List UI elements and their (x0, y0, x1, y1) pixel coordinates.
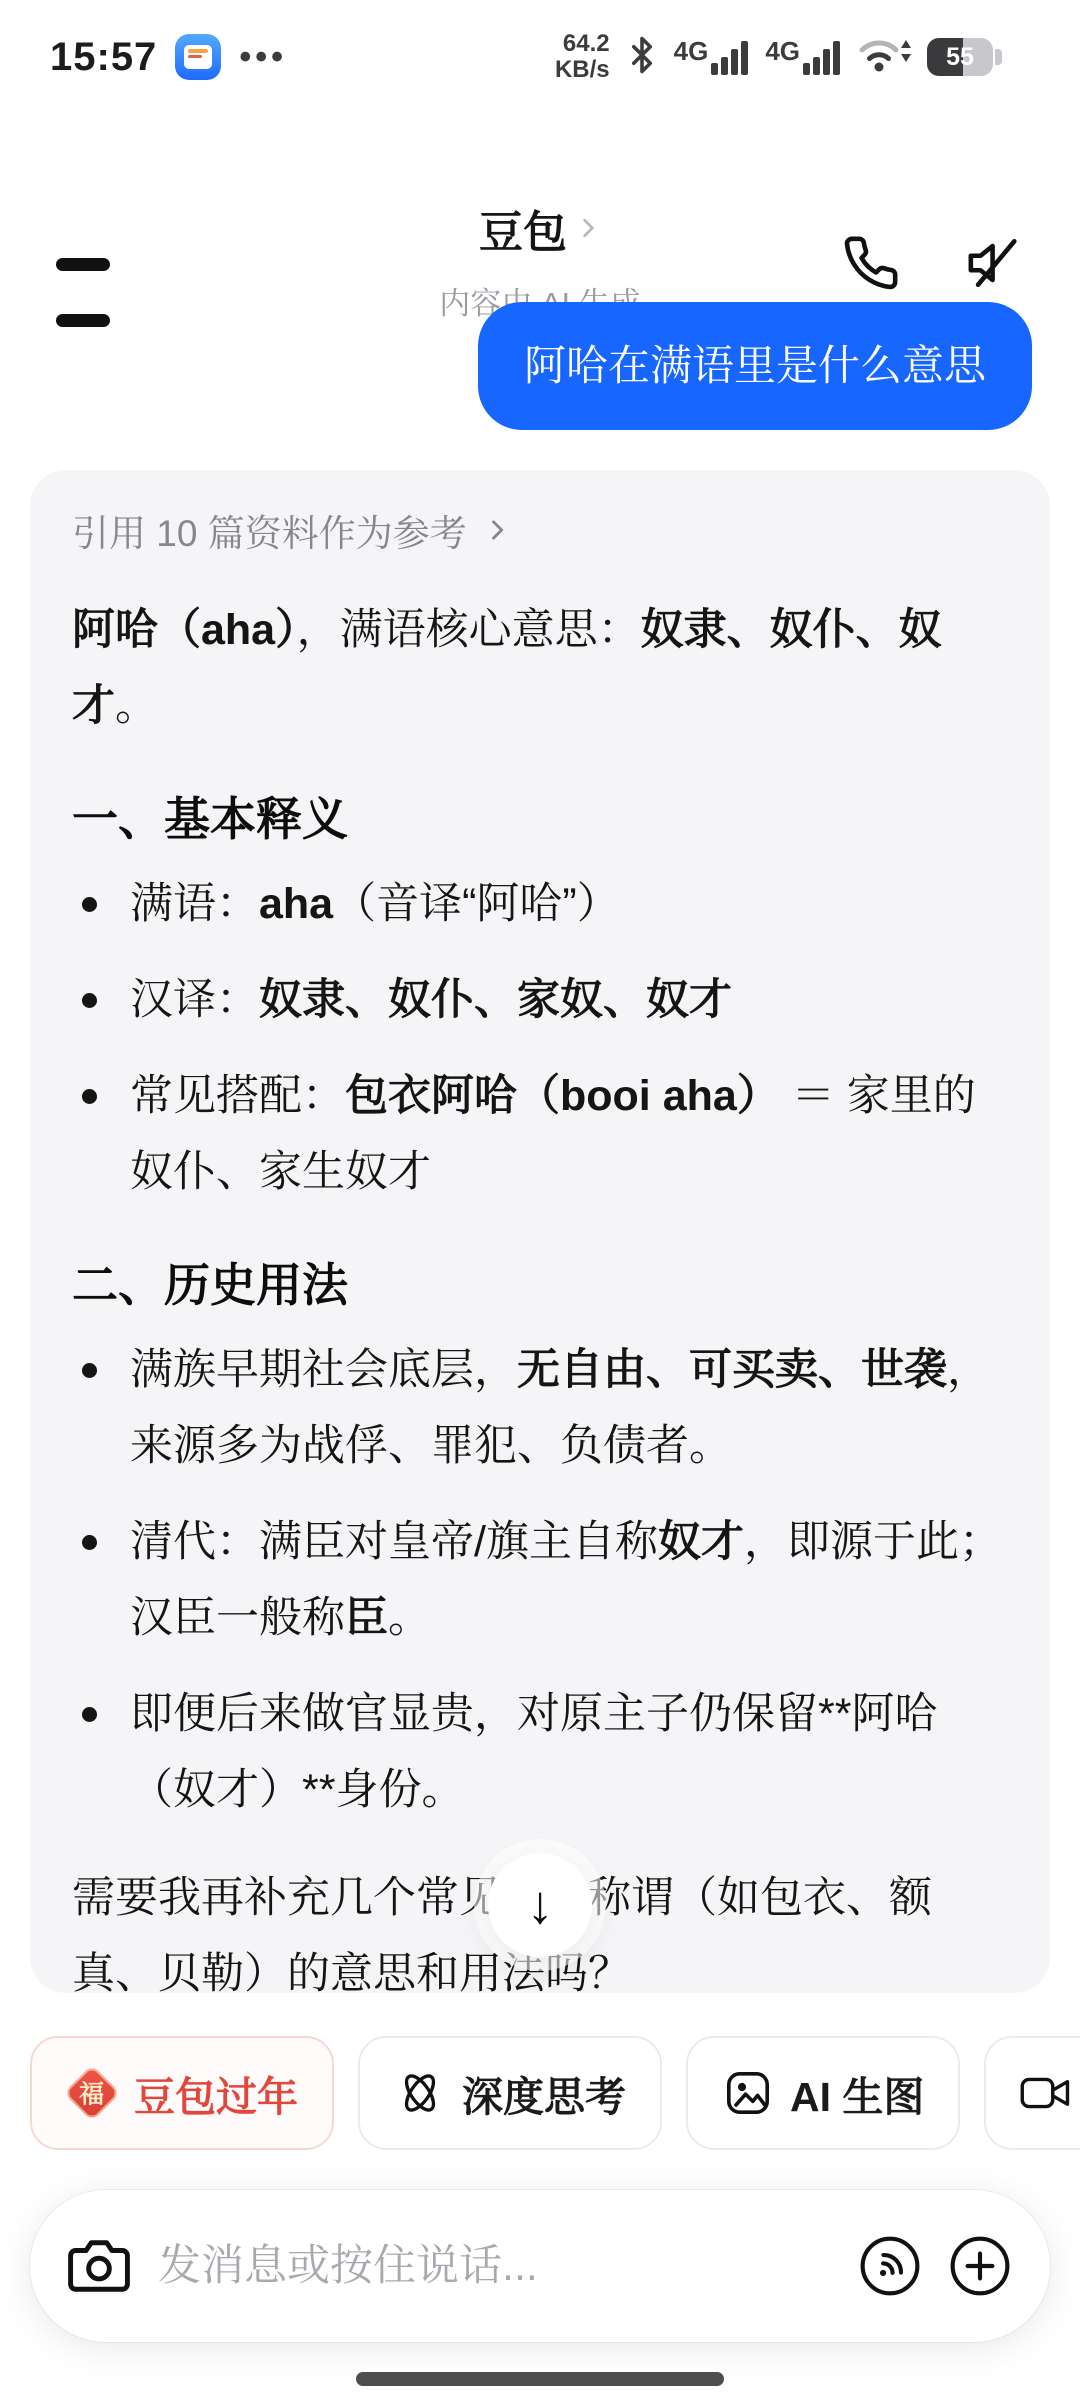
add-attachment-button[interactable] (948, 2234, 1012, 2298)
quick-action-label: 豆包过年 (134, 2064, 298, 2123)
camera-button[interactable] (68, 2235, 130, 2297)
fu-badge-icon: 福 (66, 2067, 118, 2119)
sim2-signal-icon: 4G (765, 39, 843, 75)
chevron-right-icon (575, 211, 601, 245)
plus-icon (948, 2234, 1012, 2298)
voice-mode-button[interactable] (858, 2234, 922, 2298)
battery-percent: 55 (927, 38, 993, 76)
citation-label: 引用 10 篇资料作为参考 (72, 503, 467, 557)
arrow-down-icon: ↓ (527, 1878, 554, 1932)
quick-action-chip-4[interactable]: 视频通话 (984, 2036, 1080, 2150)
camera-icon (68, 2235, 130, 2297)
mute-icon (966, 234, 1024, 292)
status-bar: 15:57 ••• 64.2 KB/s 4G 4G (0, 0, 1080, 104)
ai-bullet-item: 汉译：奴隶、奴仆、家奴、奴才 (72, 962, 1008, 1038)
doubao-chat-screen: 15:57 ••• 64.2 KB/s 4G 4G (0, 0, 1080, 2400)
ai-message-card: 引用 10 篇资料作为参考 阿哈（aha），满语核心意思：奴隶、奴仆、奴才。一、… (30, 470, 1050, 1993)
quick-actions-row: 福豆包过年深度思考AI 生图视频通话 (30, 2036, 1080, 2154)
image-icon (722, 2067, 774, 2119)
network-speed: 64.2 KB/s (555, 31, 610, 83)
clock: 15:57 (50, 35, 157, 80)
phone-icon (842, 234, 900, 292)
quick-action-chip-1[interactable]: 福豆包过年 (30, 2036, 334, 2150)
home-indicator[interactable] (356, 2372, 724, 2386)
message-input[interactable] (156, 2241, 832, 2292)
ai-bullet-item: 清代：满臣对皇帝/旗主自称奴才，即源于此；汉臣一般称臣。 (72, 1504, 1008, 1656)
ai-message-body: 阿哈（aha），满语核心意思：奴隶、奴仆、奴才。一、基本释义满语：aha（音译“… (72, 592, 1008, 1993)
ai-bullet-item: 常见搭配：包衣阿哈（booi aha） ＝ 家里的奴仆、家生奴才 (72, 1058, 1008, 1210)
ai-bullet-item: 满族早期社会底层，无自由、可买卖、世袭，来源多为战俘、罪犯、负债者。 (72, 1332, 1008, 1484)
ai-section-heading: 二、历史用法 (72, 1254, 1008, 1316)
sound-off-button[interactable] (966, 234, 1024, 292)
ai-bullet-item: 即便后来做官显贵，对原主子仍保留**阿哈（奴才）**身份。 (72, 1676, 1008, 1828)
atom-icon (394, 2067, 446, 2119)
bot-title[interactable]: 豆包 (479, 196, 601, 260)
notification-app-icon (175, 34, 221, 80)
voice-call-button[interactable] (842, 234, 900, 292)
bluetooth-icon (624, 34, 660, 81)
ai-paragraph: 阿哈（aha），满语核心意思：奴隶、奴仆、奴才。 (72, 592, 1008, 744)
message-input-bar (30, 2190, 1050, 2342)
sim1-signal-icon: 4G (674, 39, 752, 75)
quick-action-chip-3[interactable]: AI 生图 (686, 2036, 960, 2150)
wifi-icon (857, 33, 913, 82)
citation-row[interactable]: 引用 10 篇资料作为参考 (72, 504, 1008, 556)
video-icon (1020, 2067, 1072, 2119)
quick-action-chip-2[interactable]: 深度思考 (358, 2036, 662, 2150)
chevron-right-icon (483, 512, 511, 548)
user-message-bubble[interactable]: 阿哈在满语里是什么意思 (478, 302, 1032, 430)
page-title: 豆包 (479, 196, 567, 260)
more-notifications-icon: ••• (239, 38, 287, 77)
quick-action-label: AI 生图 (790, 2064, 924, 2123)
battery-icon: 55 (927, 38, 1002, 76)
quick-action-label: 深度思考 (462, 2064, 626, 2123)
ai-section-heading: 一、基本释义 (72, 788, 1008, 850)
scroll-to-bottom-button[interactable]: ↓ (488, 1853, 592, 1957)
voice-wave-icon (858, 2234, 922, 2298)
ai-bullet-item: 满语：aha（音译“阿哈”） (72, 866, 1008, 942)
